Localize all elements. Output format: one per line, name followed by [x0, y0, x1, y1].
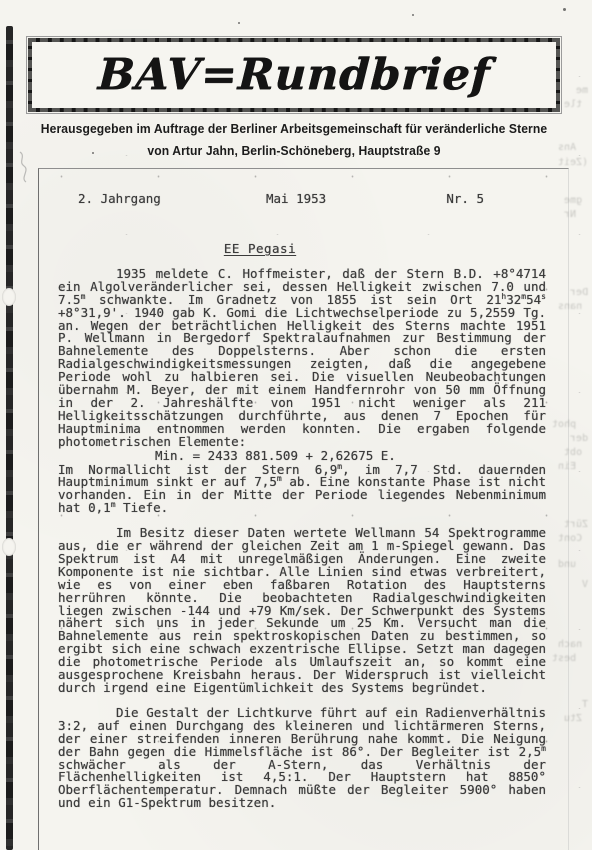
masthead-box: BAV=Rundbrief [28, 38, 560, 112]
issue-number: Nr. 5 [446, 193, 484, 206]
bleedthrough-fragment: V [582, 580, 588, 590]
article-paragraph-4: Die Gestalt der Lichtkurve führt auf ein… [58, 707, 546, 810]
masthead-subtitle-line1: Herausgegeben im Auftrage der Berliner A… [36, 122, 552, 136]
punch-hole [2, 288, 16, 306]
bleedthrough-fragment: der [570, 434, 588, 444]
content-frame: 2. Jahrgang Mai 1953 Nr. 5 EE Pegasi 193… [38, 168, 569, 850]
issue-header: 2. Jahrgang Mai 1953 Nr. 5 [58, 193, 546, 207]
issue-volume: 2. Jahrgang [78, 193, 161, 206]
bleedthrough-fragment: (Zeit [558, 158, 588, 168]
scan-speck [563, 8, 566, 11]
bleedthrough-fragment: T [582, 700, 588, 710]
binding-edge [6, 26, 13, 850]
punch-hole [2, 538, 16, 556]
bleedthrough-fragment: Der [570, 288, 588, 298]
newsletter-title: BAV=Rundbrief [97, 50, 492, 100]
scan-speck [412, 14, 414, 16]
bleedthrough-fragment: tle [564, 100, 582, 110]
masthead-subtitle-line2: von Artur Jahn, Berlin-Schöneberg, Haupt… [36, 144, 552, 158]
article-title: EE Pegasi [16, 243, 504, 256]
article-paragraph-3: Im Besitz dieser Daten wertete Wellmann … [58, 527, 546, 695]
scan-speck [238, 22, 240, 24]
issue-month: Mai 1953 [266, 193, 326, 206]
article-paragraph-2: Im Normallicht ist der Stern 6,9m, im 7,… [58, 464, 546, 516]
photometric-elements-formula: Min. = 2433 881.509 + 2,62675 E. [155, 450, 546, 463]
scanned-page: BAV=Rundbrief Herausgegeben im Auftrage … [0, 0, 592, 850]
bleedthrough-fragment: me [576, 86, 588, 96]
article-paragraph-1: 1935 meldete C. Hoffmeister, daß der Ste… [58, 268, 546, 449]
bleedthrough-fragment: Ans [558, 143, 576, 153]
